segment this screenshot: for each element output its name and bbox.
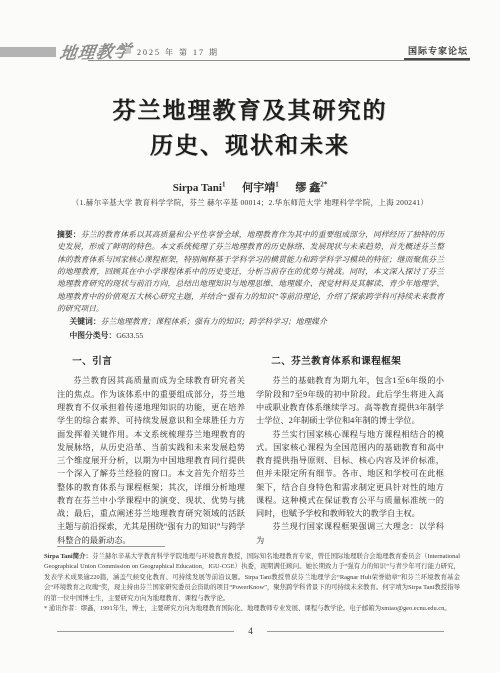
issue-info: 2025 年 第 17 期: [137, 47, 219, 58]
author-bio: Sirpa Tani简介：芬兰赫尔辛基大学教育科学学院地理与环境教育教授，国际知…: [44, 552, 460, 604]
keywords-line: 关键词：芬兰地理教育；课程体系；强有力的知识；跨学科学习；地理媒介: [57, 316, 444, 328]
page-number: 4: [248, 626, 253, 636]
page-header: 地理教学 2025 年 第 17 期 国际专家论坛: [0, 38, 500, 64]
author: Sirpa Tani1: [173, 182, 226, 194]
section-heading-1: 一、引言: [57, 349, 245, 370]
keywords-text: 芬兰地理教育；课程体系；强有力的知识；跨学科学习；地理媒介: [101, 317, 327, 326]
article-title-line1: 芬兰地理教育及其研究的: [0, 94, 500, 129]
footnote-separator: [57, 546, 165, 547]
author-affil-sup: 2*: [320, 180, 327, 188]
body-paragraph: 芬兰实行国家核心课程与地方课程相结合的模式。国家核心课程为全国范围内的基础教育和…: [256, 428, 444, 521]
left-column: 一、引言 芬兰教育因其高质量而成为全球教育研究者关注的焦点。作为该体系中的重要组…: [57, 349, 245, 547]
clc-line: 中图分类号：G633.55: [57, 330, 444, 342]
logo-deco-squares-icon: [120, 45, 132, 57]
pageno-right-rule: [267, 631, 444, 632]
keywords-label: 关键词：: [69, 317, 100, 326]
abstract-paragraph: 摘要：芬兰的教育体系以其高质量和公平性享誉全球，地理教育作为其中的重要组成部分，…: [57, 229, 444, 315]
author-bio-label: Sirpa Tani简介：: [44, 553, 92, 560]
affiliation-line: （1.赫尔辛基大学 教育科学学院，芬兰 赫尔辛基 00014；2.华东师范大学 …: [0, 197, 500, 208]
clc-label: 中图分类号：: [69, 331, 116, 340]
header-rule: [88, 60, 470, 61]
section-label-underline: [404, 58, 470, 60]
body-paragraph: 芬兰现行国家课程框架强调三大理念：以学科为: [256, 520, 444, 547]
corresponding-author-note: * 通讯作者：缪鑫，1991年生，博士，主要研究方向为地理教育国际化、地理教师专…: [44, 604, 460, 614]
article-body: 一、引言 芬兰教育因其高质量而成为全球教育研究者关注的焦点。作为该体系中的重要组…: [57, 349, 444, 547]
right-column: 二、芬兰教育体系和课程框架 芬兰的基础教育为期九年，包含1至6年级的小学阶段和7…: [256, 349, 444, 547]
journal-page: 地理教学 2025 年 第 17 期 国际专家论坛 芬兰地理教育及其研究的 历史…: [0, 0, 500, 673]
article-title-line2: 历史、现状和未来: [0, 129, 500, 164]
author-list: Sirpa Tani1 何宇靖1 缪 鑫2*: [0, 179, 500, 195]
author-affil-sup: 1: [275, 180, 279, 188]
body-paragraph: 芬兰教育因其高质量而成为全球教育研究者关注的焦点。作为该体系中的重要组成部分，芬…: [57, 374, 245, 547]
author-affil-sup: 1: [222, 180, 226, 188]
author-bio-text: 芬兰赫尔辛基大学教育科学学院地理与环境教育教授，国际知名地理教育专家，曾任国际地…: [44, 553, 460, 602]
abstract-block: 摘要：芬兰的教育体系以其高质量和公平性享誉全球，地理教育作为其中的重要组成部分，…: [57, 229, 444, 342]
header-left-bar: [0, 47, 56, 57]
column-section-label: 国际专家论坛: [408, 44, 468, 57]
author: 何宇靖1: [242, 182, 279, 194]
abstract-text: 芬兰的教育体系以其高质量和公平性享誉全球，地理教育作为其中的重要组成部分，同样经…: [57, 230, 444, 313]
footnote-block: Sirpa Tani简介：芬兰赫尔辛基大学教育科学学院地理与环境教育教授，国际知…: [44, 552, 460, 614]
article-title: 芬兰地理教育及其研究的 历史、现状和未来: [0, 94, 500, 163]
page-footer: 4: [57, 626, 444, 636]
abstract-label: 摘要：: [57, 230, 81, 239]
section-heading-2: 二、芬兰教育体系和课程框架: [256, 349, 444, 370]
body-paragraph: 芬兰的基础教育为期九年，包含1至6年级的小学阶段和7至9年级的初中阶段。此后学生…: [256, 374, 444, 427]
pageno-left-rule: [57, 631, 234, 632]
author: 缪 鑫2*: [295, 182, 327, 194]
clc-number: G633.55: [116, 331, 143, 340]
